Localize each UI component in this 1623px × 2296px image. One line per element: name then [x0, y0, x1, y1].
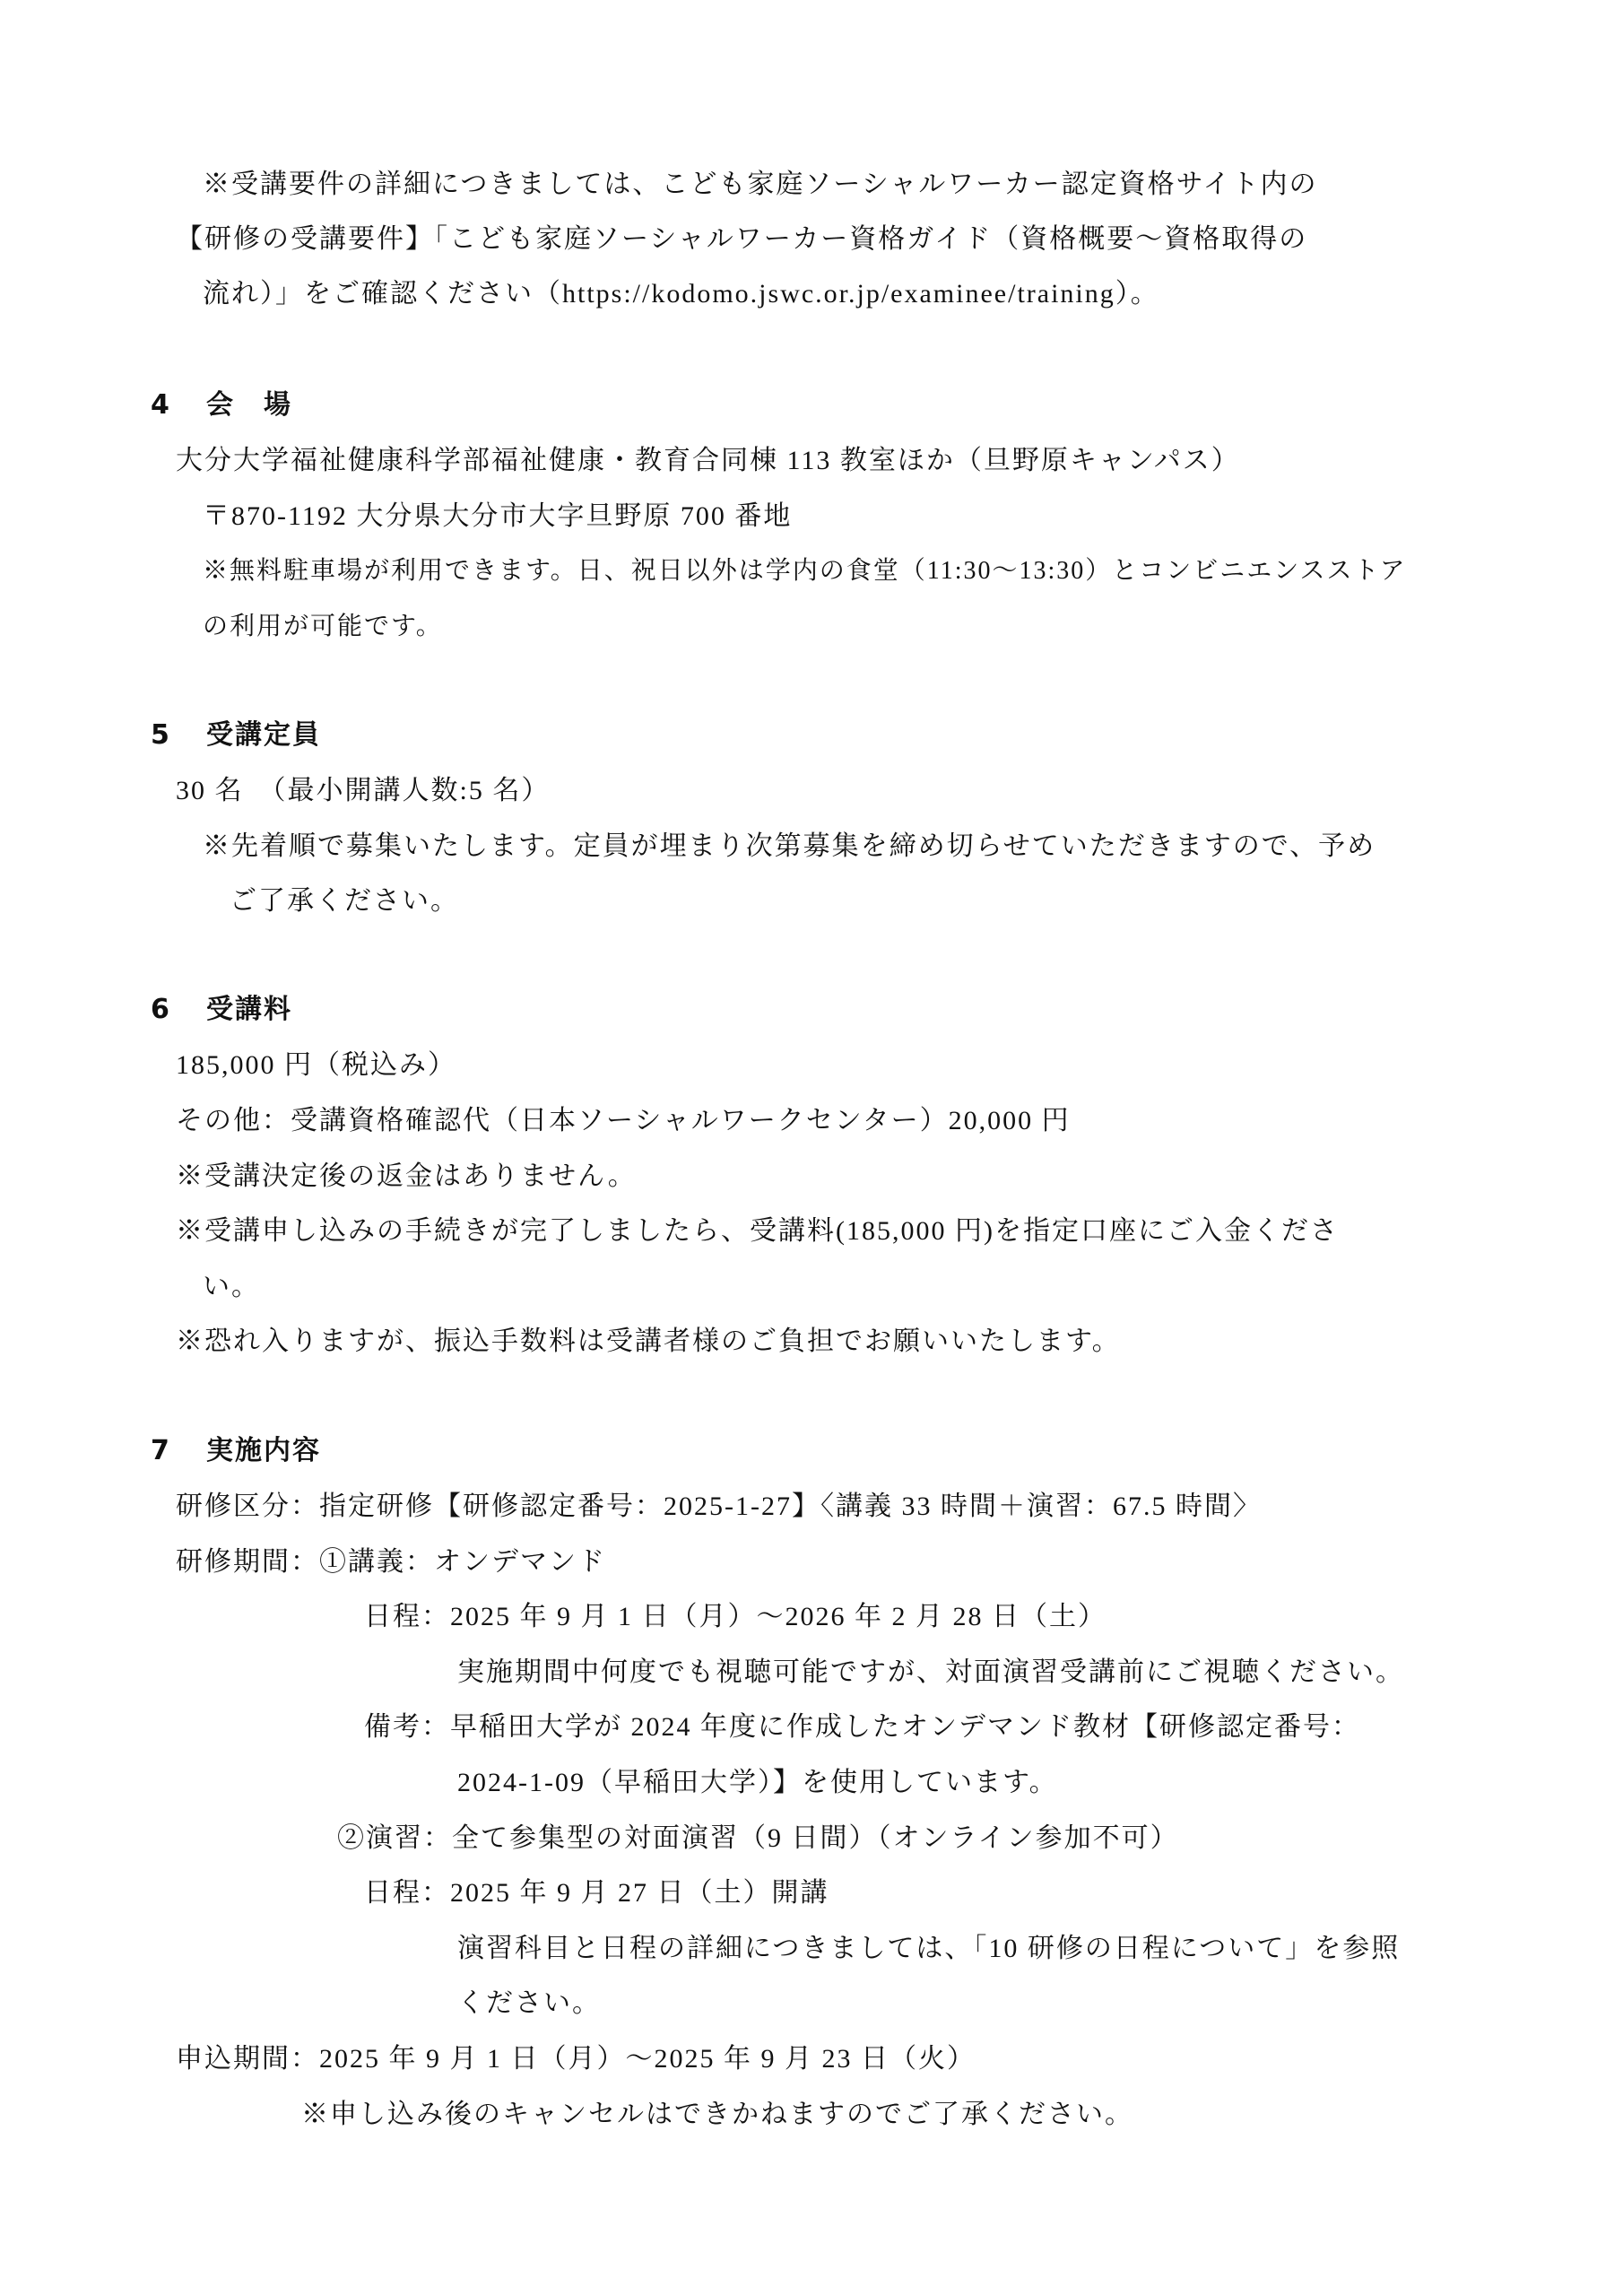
content-period: 研修期間：①講義：オンデマンド — [176, 1544, 606, 1580]
application-period: 申込期間：2025 年 9 月 1 日（月）～2025 年 9 月 23 日（火… — [176, 2041, 976, 2077]
section-heading-venue: 4会 場 — [151, 387, 292, 423]
section-title: 受講料 — [206, 994, 292, 1025]
section-number: 5 — [151, 717, 206, 753]
section-number: 6 — [151, 992, 206, 1028]
lecture-schedule-note: 実施期間中何度でも視聴可能ですが、対面演習受講前にご視聴ください。 — [457, 1655, 1404, 1691]
lecture-remarks-line-2: 2024-1-09（早稲田大学）】を使用しています。 — [457, 1765, 1058, 1801]
venue-place: 大分大学福祉健康科学部福祉健康・教育合同棟 113 教室ほか（旦野原キャンパス） — [176, 443, 1240, 479]
fee-note-payment-line-2: い。 — [203, 1269, 260, 1305]
venue-note-line-2: の利用が可能です。 — [203, 609, 443, 645]
exercise-schedule: 日程：2025 年 9 月 27 日（土）開講 — [364, 1875, 829, 1911]
section-heading-content: 7実施内容 — [151, 1433, 321, 1469]
exercise-description: ②演習：全て参集型の対面演習（9 日間）（オンライン参加不可） — [337, 1821, 1179, 1857]
exercise-schedule-note-line-1: 演習科目と日程の詳細につきましては、「10 研修の日程について」を参照 — [457, 1931, 1400, 1967]
cancel-note: ※申し込み後のキャンセルはできかねますのでご了承ください。 — [301, 2097, 1133, 2133]
intro-note-line-3: 流れ）」をご確認ください（https://kodomo.jswc.or.jp/e… — [203, 276, 1159, 312]
intro-note-line-1: ※受講要件の詳細につきましては、こども家庭ソーシャルワーカー認定資格サイト内の — [203, 167, 1318, 203]
section-number: 7 — [151, 1433, 206, 1469]
capacity-value: 30 名 （最小開講人数:5 名） — [176, 773, 550, 809]
exercise-schedule-note-line-2: ください。 — [457, 1986, 601, 2022]
content-category: 研修区分：指定研修【研修認定番号：2025-1-27】〈講義 33 時間＋演習：… — [176, 1489, 1262, 1525]
section-heading-fee: 6受講料 — [151, 992, 292, 1028]
capacity-note-line-1: ※先着順で募集いたします。定員が埋まり次第募集を締め切らせていただきますので、予… — [203, 829, 1376, 865]
venue-address: 〒870-1192 大分県大分市大字旦野原 700 番地 — [203, 499, 792, 535]
capacity-note-line-2: ご了承ください。 — [230, 883, 459, 919]
intro-note-line-2: 【研修の受講要件】「こども家庭ソーシャルワーカー資格ガイド（資格概要～資格取得の — [176, 222, 1307, 257]
fee-amount: 185,000 円（税込み） — [176, 1048, 456, 1083]
lecture-schedule: 日程：2025 年 9 月 1 日（月）～2026 年 2 月 28 日（土） — [364, 1599, 1107, 1635]
lecture-remarks-line-1: 備考：早稲田大学が 2024 年度に作成したオンデマンド教材【研修認定番号： — [364, 1709, 1360, 1745]
section-heading-capacity: 5受講定員 — [151, 717, 321, 753]
section-number: 4 — [151, 387, 206, 423]
fee-note-transfer: ※恐れ入りますが、振込手数料は受講者様のご負担でお願いいたします。 — [176, 1324, 1121, 1360]
section-title: 受講定員 — [206, 719, 321, 751]
section-title: 実施内容 — [206, 1435, 321, 1466]
venue-note-line-1: ※無料駐車場が利用できます。日、祝日以外は学内の食堂（11:30～13:30）と… — [203, 553, 1407, 589]
section-title: 会 場 — [206, 389, 292, 421]
fee-note-payment-line-1: ※受講申し込みの手続きが完了しましたら、受講料(185,000 円)を指定口座に… — [176, 1213, 1339, 1249]
fee-note-no-refund: ※受講決定後の返金はありません。 — [176, 1159, 637, 1195]
fee-other: その他：受講資格確認代（日本ソーシャルワークセンター）20,000 円 — [176, 1103, 1071, 1139]
